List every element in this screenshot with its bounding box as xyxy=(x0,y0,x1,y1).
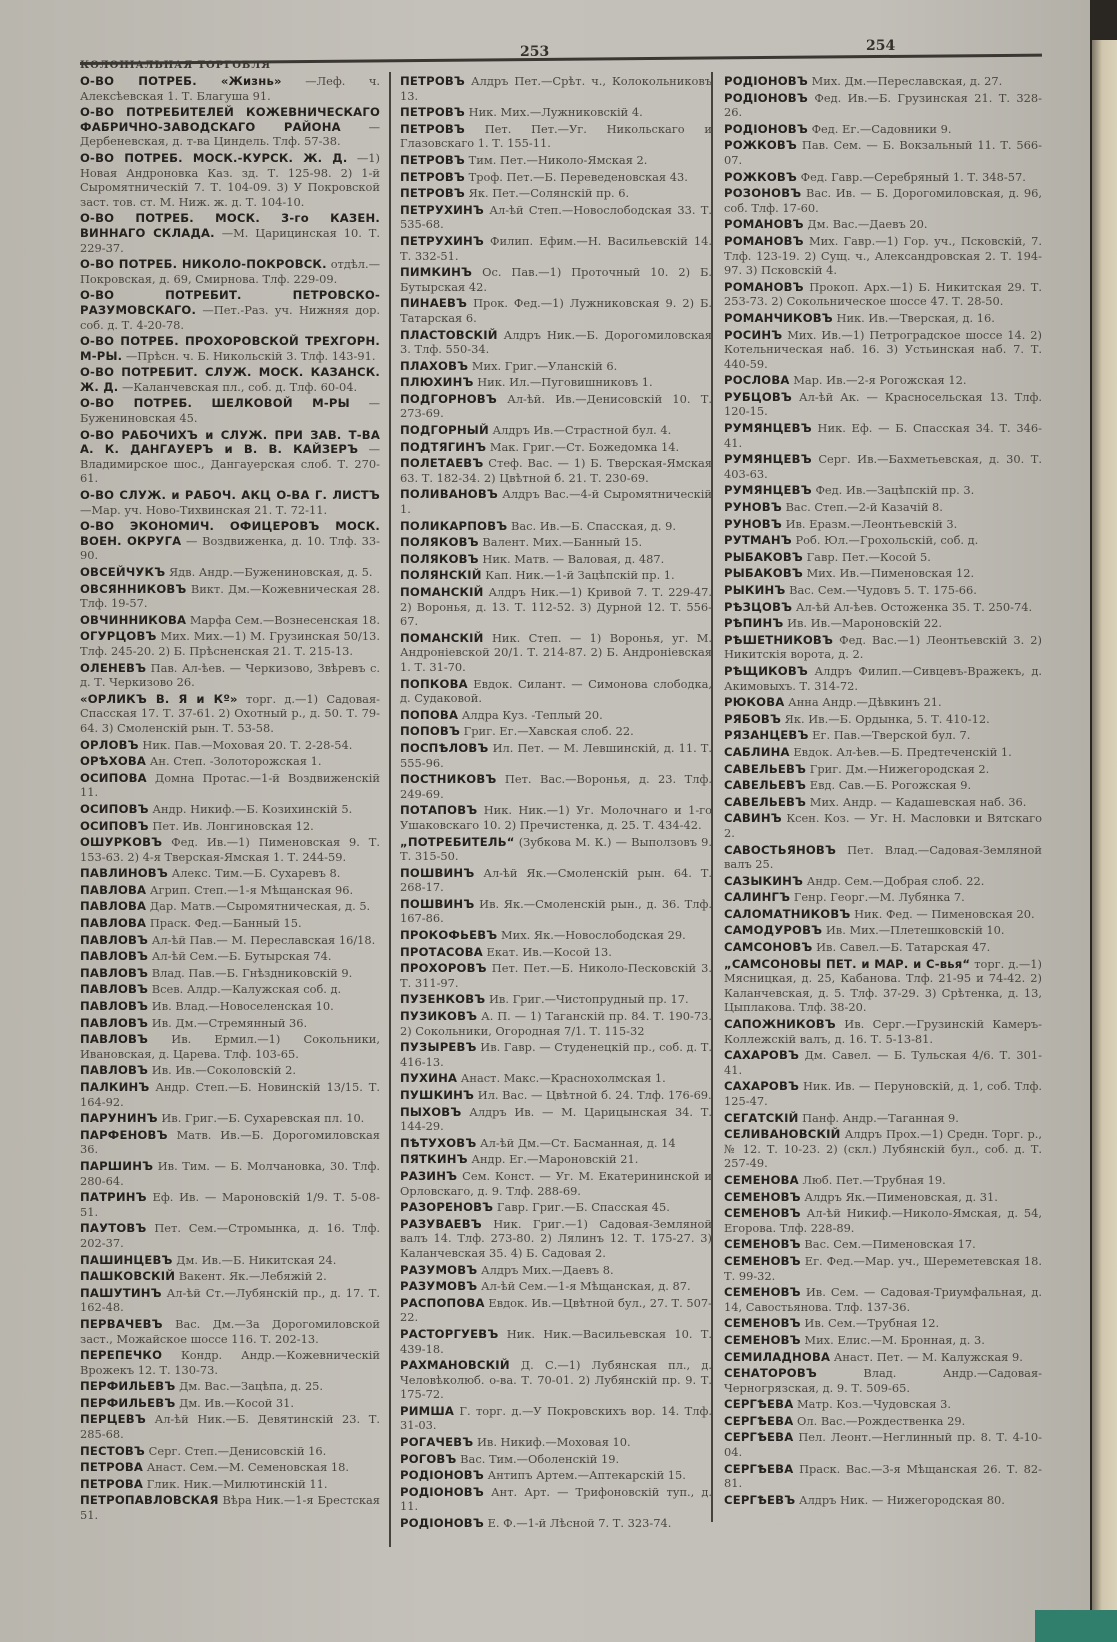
directory-entry: САМСОНОВЪ Ив. Савел.—Б. Татарская 47. xyxy=(724,940,1042,955)
entry-name: ПОШВИНЪ xyxy=(400,866,474,880)
entry-name: РОДIОНОВЪ xyxy=(400,1468,484,1482)
directory-entry: РЫКИНЪ Вас. Сем.—Чудовъ 5. Т. 175-66. xyxy=(724,583,1042,598)
directory-entry: ПАШУТИНЪ Ал-ѣй Ст.—Лубянскій пр., д. 17.… xyxy=(80,1286,380,1315)
directory-entry: РУНОВЪ Ив. Еразм.—Леонтьевскій 3. xyxy=(724,517,1042,532)
entry-details: Ядв. Андр.—Бужениновская, д. 5. xyxy=(169,565,373,579)
directory-entry: ОРЛОВЪ Ник. Пав.—Моховая 20. Т. 2-28-54. xyxy=(80,738,380,753)
entry-details: Марфа Сем.—Вознесенская 18. xyxy=(190,613,380,627)
directory-entry: ПЕТРОВЪ Тим. Пет.—Николо-Ямская 2. xyxy=(400,153,712,168)
directory-entry: СЕРГѢЕВА Матр. Коз.—Чудовская 3. xyxy=(724,1397,1042,1412)
entry-details: Ал-ѣй Ал-ѣев. Остоженка 35. Т. 250-74. xyxy=(796,600,1032,614)
entry-name: ОЛЕНЕВЪ xyxy=(80,661,146,675)
entry-details: Вас. Степ.—2-й Казачій 8. xyxy=(786,500,943,514)
directory-entry: РОМАНОВЪ Дм. Вас.—Даевъ 20. xyxy=(724,217,1042,232)
entry-details: Фед. Ег.—Садовники 9. xyxy=(812,122,952,136)
directory-entry: РУБЦОВЪ Ал-ѣй Ак. — Красносельская 13. Т… xyxy=(724,390,1042,419)
entry-details: Анаст. Пет. — М. Калужская 9. xyxy=(834,1350,1023,1364)
directory-entry: ОСИПОВЪ Андр. Никиф.—Б. Козихинскій 5. xyxy=(80,802,380,817)
entry-details: Мак. Григ.—Ст. Божедомка 14. xyxy=(490,440,679,454)
directory-entry: САХАРОВЪ Ник. Ив. — Перуновскій, д. 1, с… xyxy=(724,1079,1042,1108)
entry-name: РОМАНЧИКОВЪ xyxy=(724,311,833,325)
directory-entry: РОГОВЪ Вас. Тим.—Оболенскій 19. xyxy=(400,1452,712,1467)
entry-name: РОМАНОВЪ xyxy=(724,234,804,248)
directory-entry: ПЕРВАЧЕВЪ Вас. Дм.—За Дорогомиловской за… xyxy=(80,1317,380,1346)
entry-name: ОСИПОВЪ xyxy=(80,819,149,833)
entry-details: Вас. Сем.—Чудовъ 5. Т. 175-66. xyxy=(789,583,977,597)
directory-entry: ПЕТРОВЪ Ник. Мих.—Лужниковскій 4. xyxy=(400,105,712,120)
directory-entry: ПАВЛОВЪ Всев. Алдр.—Калужская соб. д. xyxy=(80,982,380,997)
directory-entry: ПОЛЯКОВЪ Ник. Матв. — Валовая, д. 487. xyxy=(400,552,712,567)
entry-name: «ОРЛИКЪ В. Я и Кº» xyxy=(80,692,238,706)
entry-name: РОДIОНОВЪ xyxy=(400,1485,484,1499)
entry-name: ПУЗЫРЕВЪ xyxy=(400,1040,477,1054)
entry-details: Ив. Мих.—Плетешковскій 10. xyxy=(826,923,1005,937)
entry-details: Дм. Вас.—Зацѣпа, д. 25. xyxy=(179,1379,323,1393)
directory-entry: ПОПКОВА Евдок. Силант. — Симонова слобод… xyxy=(400,677,712,706)
entry-name: ПАВЛОВЪ xyxy=(80,1063,148,1077)
entry-name: ПАВЛОВА xyxy=(80,916,146,930)
entry-details: Ник. Пав.—Моховая 20. Т. 2-28-54. xyxy=(142,738,352,752)
entry-details: Антипъ Артем.—Аптекарскій 15. xyxy=(488,1468,686,1482)
entry-details: Ив. Дм.—Стремянный 36. xyxy=(152,1016,307,1030)
entry-name: РАСТОРГУЕВЪ xyxy=(400,1327,498,1341)
entry-details: Ив. Савел.—Б. Татарская 47. xyxy=(816,940,990,954)
directory-entry: О-ВО СЛУЖ. и РАБОЧ. АКЦ О-ВА Г. ЛИСТЪ —М… xyxy=(80,488,380,517)
entry-details: Дм. Вас.—Даевъ 20. xyxy=(807,217,927,231)
entry-details: Ал-ѣй Сем.—Б. Бутырская 74. xyxy=(152,949,332,963)
entry-name: РАХМАНОВСКIЙ xyxy=(400,1358,510,1372)
entry-name: ПАРФЕНОВЪ xyxy=(80,1128,168,1142)
entry-name: СЕМИЛАДНОВА xyxy=(724,1350,830,1364)
entry-details: Серг. Степ.—Денисовскій 16. xyxy=(149,1444,327,1458)
directory-entry: САМОДУРОВЪ Ив. Мих.—Плетешковскій 10. xyxy=(724,923,1042,938)
table-surface xyxy=(1035,1610,1117,1642)
entry-name: СЕМЕНОВЪ xyxy=(724,1190,801,1204)
book-page-edge xyxy=(1092,40,1117,1642)
directory-entry: „ПОТРЕБИТЕЛЬ“ (Зубкова М. К.) — Выползов… xyxy=(400,835,712,864)
entry-details: Вас. Тим.—Оболенскій 19. xyxy=(460,1452,619,1466)
entry-name: ПЕРФИЛЬЕВЪ xyxy=(80,1379,175,1393)
directory-entry: ПОМАНСКIЙ Ник. Степ. — 1) Воронья, уг. М… xyxy=(400,631,712,675)
entry-name: ПАВЛОВЪ xyxy=(80,933,148,947)
directory-entry: РАЗОРЕНОВЪ Гавр. Григ.—Б. Спасская 45. xyxy=(400,1200,712,1215)
entry-name: ПОМАНСКIЙ xyxy=(400,585,484,599)
directory-entry: О-ВО ПОТРЕБ. «Жизнь» —Леф. ч. Алексѣевск… xyxy=(80,74,380,103)
entry-name: САВЕЛЬЕВЪ xyxy=(724,762,806,776)
directory-entry: ПОДГОРНЫЙ Алдръ Ив.—Страстной бул. 4. xyxy=(400,423,712,438)
directory-entry: ПОЛИВАНОВЪ Алдръ Вас.—4-й Сыромятническі… xyxy=(400,487,712,516)
page-number-right: 254 xyxy=(866,38,895,54)
entry-name: СЕНАТОРОВЪ xyxy=(724,1366,817,1380)
entry-name: РОГАЧЕВЪ xyxy=(400,1435,473,1449)
directory-entry: РИМША Г. торг. д.—У Покровскихъ вор. 14.… xyxy=(400,1404,712,1433)
entry-name: РОМАНОВЪ xyxy=(724,217,804,231)
directory-entry: ПАВЛОВЪ Ив. Дм.—Стремянный 36. xyxy=(80,1016,380,1031)
entry-name: РОДIОНОВЪ xyxy=(724,91,808,105)
entry-name: О-ВО ПОТРЕБ. МОСК.-КУРСК. Ж. Д. xyxy=(80,151,347,165)
directory-entry: ПИМКИНЪ Ос. Пав.—1) Проточный 10. 2) Б. … xyxy=(400,265,712,294)
directory-entry: ПЯТКИНЪ Андр. Ег.—Мароновскій 21. xyxy=(400,1152,712,1167)
entry-name: ПОТАПОВЪ xyxy=(400,803,477,817)
entry-name: О-ВО РАБОЧИХЪ и СЛУЖ. ПРИ ЗАВ. Т-ВА А. К… xyxy=(80,428,380,457)
entry-name: ПОМАНСКIЙ xyxy=(400,631,484,645)
directory-entry: СЕРГѢЕВА Ол. Вас.—Рождественка 29. xyxy=(724,1414,1042,1429)
entry-details: Валент. Мих.—Банный 15. xyxy=(482,535,642,549)
entry-name: САХАРОВЪ xyxy=(724,1079,799,1093)
directory-entry: СЕРГѢЕВЪ Алдръ Ник. — Нижегородская 80. xyxy=(724,1493,1042,1508)
directory-entry: ПАВЛОВА Дар. Матв.—Сыромятническая, д. 5… xyxy=(80,899,380,914)
directory-entry: ПАРУНИНЪ Ив. Григ.—Б. Сухаревская пл. 10… xyxy=(80,1111,380,1126)
entry-name: ПЕРВАЧЕВЪ xyxy=(80,1317,163,1331)
directory-entry: САХАРОВЪ Дм. Савел. — Б. Тульская 4/6. Т… xyxy=(724,1048,1042,1077)
entry-name: ПУХИНА xyxy=(400,1071,457,1085)
entry-name: СЕМЕНОВЪ xyxy=(724,1237,801,1251)
directory-entry: ПЕРЦЕВЪ Ал-ѣй Ник.—Б. Девятинскій 23. Т.… xyxy=(80,1412,380,1441)
directory-entry: ПУШКИНЪ Ил. Вас. — Цвѣтной б. 24. Тлф. 1… xyxy=(400,1088,712,1103)
entry-name: ПЕТРОВЪ xyxy=(400,153,465,167)
entry-name: ПОЛЯНСКIЙ xyxy=(400,568,482,582)
directory-entry: РѢЩИКОВЪ Алдръ Филип.—Сивцевъ-Вражекъ, д… xyxy=(724,664,1042,693)
directory-entry: О-ВО ПОТРЕБ. ПРОХОРОВСКОЙ ТРЕХГОРН. М-РЫ… xyxy=(80,334,380,363)
entry-name: САПОЖНИКОВЪ xyxy=(724,1017,836,1031)
directory-entry: ПАТРИНЪ Еф. Ив. — Мароновскій 1/9. Т. 5-… xyxy=(80,1190,380,1219)
directory-entry: ПАВЛОВЪ Ив. Влад.—Новоселенская 10. xyxy=(80,999,380,1014)
directory-entry: РЮКОВА Анна Андр.—Дѣвкинъ 21. xyxy=(724,695,1042,710)
directory-entry: ПРОКОФЬЕВЪ Мих. Як.—Новослободская 29. xyxy=(400,928,712,943)
entry-name: О-ВО ПОТРЕБ. ШЕЛКОВОЙ М-РЫ xyxy=(80,396,350,410)
directory-entry: ОВСЕЙЧУКЪ Ядв. Андр.—Бужениновская, д. 5… xyxy=(80,565,380,580)
entry-name: ПАШИНЦЕВЪ xyxy=(80,1253,173,1267)
directory-entry: РУНОВЪ Вас. Степ.—2-й Казачій 8. xyxy=(724,500,1042,515)
entry-details: Тим. Пет.—Николо-Ямская 2. xyxy=(469,153,648,167)
directory-entry: О-ВО ПОТРЕБ. МОСК.-КУРСК. Ж. Д. —1) Нова… xyxy=(80,151,380,209)
entry-details: Ив. Григ.—Б. Сухаревская пл. 10. xyxy=(161,1111,364,1125)
directory-entry: ПАРФЕНОВЪ Матв. Ив.—Б. Дорогомиловская 3… xyxy=(80,1128,380,1157)
directory-entry: САЛИНГЪ Генр. Георг.—М. Лубянка 7. xyxy=(724,890,1042,905)
entry-name: ПОПКОВА xyxy=(400,677,468,691)
entry-details: Алдръ Ив.—Страстной бул. 4. xyxy=(492,423,671,437)
entry-name: РОДIОНОВЪ xyxy=(400,1516,484,1530)
directory-entry: РУМЯНЦЕВЪ Ник. Еф. — Б. Спасская 34. Т. … xyxy=(724,421,1042,450)
directory-entry: ПАУТОВЪ Пет. Сем.—Стромынка, д. 16. Тлф.… xyxy=(80,1221,380,1250)
entry-name: РОДIОНОВЪ xyxy=(724,122,808,136)
entry-name: РУМЯНЦЕВЪ xyxy=(724,421,812,435)
directory-entry: САЛОМАТНИКОВЪ Ник. Фед. — Пименовская 20… xyxy=(724,907,1042,922)
directory-entry: ПОШВИНЪ Ал-ѣй Як.—Смоленскій рын. 64. Т.… xyxy=(400,866,712,895)
entry-name: ПЕТРОВЪ xyxy=(400,122,465,136)
directory-entry: ПЕТРОВЪ Як. Пет.—Солянскій пр. 6. xyxy=(400,186,712,201)
entry-details: Гавр. Пет.—Косой 5. xyxy=(807,550,931,564)
entry-details: Ег. Пав.—Тверской бул. 7. xyxy=(812,728,970,742)
directory-entry: ПѢТУХОВЪ Ал-ѣй Дм.—Ст. Басманная, д. 14 xyxy=(400,1136,712,1151)
entry-name: ОРЛОВЪ xyxy=(80,738,139,752)
directory-entry: ПЕСТОВЪ Серг. Степ.—Денисовскій 16. xyxy=(80,1444,380,1459)
entry-name: ПУЗЕНКОВЪ xyxy=(400,992,485,1006)
entry-name: ПЛАХОВЪ xyxy=(400,359,468,373)
entry-name: ПЛАСТОВСКIЙ xyxy=(400,328,498,342)
directory-entry: РЯЗАНЦЕВЪ Ег. Пав.—Тверской бул. 7. xyxy=(724,728,1042,743)
entry-details: Генр. Георг.—М. Лубянка 7. xyxy=(794,890,965,904)
directory-entry: СЕГАТСКIЙ Панф. Андр.—Таганная 9. xyxy=(724,1111,1042,1126)
directory-entry: ОВЧИННИКОВА Марфа Сем.—Вознесенская 18. xyxy=(80,613,380,628)
entry-details: Ник. Мих.—Лужниковскій 4. xyxy=(469,105,643,119)
directory-entry: РОДIОНОВЪ Е. Ф.—1-й Лѣсной 7. Т. 323-74. xyxy=(400,1516,712,1531)
entry-details: Ник. Ил.—Пуговишниковъ 1. xyxy=(477,375,652,389)
entry-name: РѢЗЦОВЪ xyxy=(724,600,792,614)
entry-name: ПОСПѢЛОВЪ xyxy=(400,741,489,755)
entry-name: ПУЗИКОВЪ xyxy=(400,1009,477,1023)
directory-entry: ПАШКОВСКIЙ Вакент. Як.—Лебяжій 2. xyxy=(80,1269,380,1284)
entry-name: ПАВЛОВЪ xyxy=(80,1032,148,1046)
entry-name: САМСОНОВЪ xyxy=(724,940,812,954)
entry-details: Влад. Пав.—Б. Гнѣздниковскій 9. xyxy=(152,966,352,980)
entry-name: ОРѢХОВА xyxy=(80,754,146,768)
entry-name: ОВСЕЙЧУКЪ xyxy=(80,565,165,579)
entry-name: РЫБАКОВЪ xyxy=(724,550,803,564)
entry-name: ПРОКОФЬЕВЪ xyxy=(400,928,497,942)
entry-name: СЕРГѢЕВЪ xyxy=(724,1493,795,1507)
entry-name: ПЕТРУХИНЪ xyxy=(400,203,484,217)
entry-name: РАЗОРЕНОВЪ xyxy=(400,1200,493,1214)
directory-entry: РОСЛОВА Мар. Ив.—2-я Рогожская 12. xyxy=(724,373,1042,388)
entry-name: РАЗУВАЕВЪ xyxy=(400,1217,482,1231)
entry-name: РАСПОПОВА xyxy=(400,1296,485,1310)
directory-entry: СЕМЕНОВЪ Вас. Сем.—Пименовская 17. xyxy=(724,1237,1042,1252)
directory-entry: ПОСПѢЛОВЪ Ил. Пет. — М. Левшинскій, д. 1… xyxy=(400,741,712,770)
entry-name: ПѢТУХОВЪ xyxy=(400,1136,476,1150)
directory-entry: О-ВО ПОТРЕБИТ. ПЕТРОВСКО-РАЗУМОВСКАГО. —… xyxy=(80,288,380,332)
entry-name: РУМЯНЦЕВЪ xyxy=(724,483,812,497)
directory-entry: СЕРГѢЕВА Пел. Леонт.—Неглинный пр. 8. Т.… xyxy=(724,1430,1042,1459)
entry-name: ПОДГОРНЫЙ xyxy=(400,423,489,437)
entry-details: Андр. Никиф.—Б. Козихинскій 5. xyxy=(152,802,352,816)
directory-entry: ПОЛЯНСКIЙ Кап. Ник.—1-й Зацѣпскій пр. 1. xyxy=(400,568,712,583)
entry-name: ПАВЛОВА xyxy=(80,883,146,897)
directory-entry: О-ВО ЭКОНОМИЧ. ОФИЦЕРОВЪ МОСК. ВОЕН. ОКР… xyxy=(80,519,380,563)
directory-entry: РОМАНЧИКОВЪ Ник. Ив.—Тверская, д. 16. xyxy=(724,311,1042,326)
directory-entry: ПОШВИНЪ Ив. Як.—Смоленскій рын., д. 36. … xyxy=(400,897,712,926)
entry-name: ПАРШИНЪ xyxy=(80,1159,153,1173)
directory-entry: О-ВО ПОТРЕБ. ШЕЛКОВОЙ М-РЫ —Бужениновска… xyxy=(80,396,380,425)
entry-details: —Мар. уч. Ново-Тихвинская 21. Т. 72-11. xyxy=(80,503,327,517)
entry-name: СЕМЕНОВЪ xyxy=(724,1285,801,1299)
entry-name: ПЕТРОПАВЛОВСКАЯ xyxy=(80,1493,219,1507)
entry-details: Дм. Ив.—Б. Никитская 24. xyxy=(176,1253,336,1267)
entry-name: ПЕТРОВА xyxy=(80,1460,143,1474)
directory-entry: ПАВЛОВА Агрип. Степ.—1-я Мѣщанская 96. xyxy=(80,883,380,898)
entry-details: Гавр. Григ.—Б. Спасская 45. xyxy=(497,1200,670,1214)
directory-entry: ПАВЛОВЪ Ив. Ив.—Соколовскій 2. xyxy=(80,1063,380,1078)
column-2: ПЕТРОВЪ Алдръ Пет.—Срѣт. ч., Колокольник… xyxy=(400,74,712,1533)
entry-name: ПЕРЦЕВЪ xyxy=(80,1412,146,1426)
entry-name: ОСИПОВА xyxy=(80,771,147,785)
entry-details: Алдръ Як.—Пименовская, д. 31. xyxy=(804,1190,997,1204)
entry-name: САВОСТЬЯНОВЪ xyxy=(724,843,836,857)
entry-name: СЕРГѢЕВА xyxy=(724,1414,793,1428)
entry-name: ПЕТРОВЪ xyxy=(400,170,465,184)
entry-name: САБЛИНА xyxy=(724,745,790,759)
directory-entry: РАХМАНОВСКIЙ Д. С.—1) Лубянская пл., д. … xyxy=(400,1358,712,1402)
entry-details: Кап. Ник.—1-й Зацѣпскій пр. 1. xyxy=(485,568,674,582)
entry-details: Дар. Матв.—Сыромятническая, д. 5. xyxy=(150,899,370,913)
directory-entry: ПАВЛОВЪ Влад. Пав.—Б. Гнѣздниковскій 9. xyxy=(80,966,380,981)
entry-name: РОЖКОВЪ xyxy=(724,138,797,152)
entry-name: РАЗУМОВЪ xyxy=(400,1279,477,1293)
directory-entry: ПЕТРОВА Анаст. Сем.—М. Семеновская 18. xyxy=(80,1460,380,1475)
entry-name: РОСИНЪ xyxy=(724,328,782,342)
entry-name: СЕМЕНОВЪ xyxy=(724,1333,801,1347)
entry-name: „САМСОНОВЫ ПЕТ. и МАР. и С-вья“ xyxy=(724,957,970,971)
entry-name: СЕЛИВАНОВСКIЙ xyxy=(724,1127,841,1141)
directory-entry: СЕЛИВАНОВСКIЙ Алдръ Прох.—1) Средн. Торг… xyxy=(724,1127,1042,1171)
entry-name: САЗЫКИНЪ xyxy=(724,874,803,888)
entry-name: ПОПОВЪ xyxy=(400,724,460,738)
entry-details: Мих. Ив.—Пименовская 12. xyxy=(807,566,974,580)
entry-details: Алекс. Тим.—Б. Сухаревъ 8. xyxy=(172,866,341,880)
entry-details: Ив. Влад.—Новоселенская 10. xyxy=(152,999,334,1013)
entry-name: СЕГАТСКIЙ xyxy=(724,1111,799,1125)
entry-name: ПАЛКИНЪ xyxy=(80,1080,149,1094)
entry-name: СЕМЕНОВА xyxy=(724,1173,799,1187)
directory-entry: РОГАЧЕВЪ Ив. Никиф.—Моховая 10. xyxy=(400,1435,712,1450)
entry-name: ПАВЛОВЪ xyxy=(80,949,148,963)
entry-name: РОМАНОВЪ xyxy=(724,280,804,294)
directory-entry: РОЖКОВЪ Пав. Сем. — Б. Вокзальный 11. Т.… xyxy=(724,138,1042,167)
directory-entry: ПЕТРОВЪ Троф. Пет.—Б. Переведеновская 43… xyxy=(400,170,712,185)
directory-entry: ПЕТРОВА Глик. Ник.—Милютинскій 11. xyxy=(80,1477,380,1492)
entry-name: САВЕЛЬЕВЪ xyxy=(724,795,806,809)
entry-name: РОЖКОВЪ xyxy=(724,170,797,184)
entry-name: ПОДТЯГИНЪ xyxy=(400,440,486,454)
entry-name: ПЛЮХИНЪ xyxy=(400,375,474,389)
entry-name: ПЕТРОВА xyxy=(80,1477,143,1491)
entry-name: РУМЯНЦЕВЪ xyxy=(724,452,812,466)
entry-name: ПЕТРОВЪ xyxy=(400,186,465,200)
entry-name: ПЕТРОВЪ xyxy=(400,74,465,88)
entry-details: Мих. Андр. — Кадашевская наб. 36. xyxy=(810,795,1027,809)
directory-entry: РОДIОНОВЪ Антипъ Артем.—Аптекарскій 15. xyxy=(400,1468,712,1483)
directory-entry: ПОПОВЪ Григ. Ег.—Хавская слоб. 22. xyxy=(400,724,712,739)
directory-entry: ПРОХОРОВЪ Пет. Пет.—Б. Николо-Песковскій… xyxy=(400,961,712,990)
entry-details: Е. Ф.—1-й Лѣсной 7. Т. 323-74. xyxy=(488,1516,672,1530)
entry-name: РЯЗАНЦЕВЪ xyxy=(724,728,809,742)
entry-details: Ив. Ив.—Мароновскій 22. xyxy=(787,616,942,630)
entry-name: ПАШКОВСКIЙ xyxy=(80,1269,175,1283)
entry-name: РОЗОНОВЪ xyxy=(724,186,801,200)
entry-details: Евд. Сав.—Б. Рогожская 9. xyxy=(810,778,971,792)
directory-entry: ПАРШИНЪ Ив. Тим. — Б. Молчановка, 30. Тл… xyxy=(80,1159,380,1188)
directory-entry: СЕМИЛАДНОВА Анаст. Пет. — М. Калужская 9… xyxy=(724,1350,1042,1365)
entry-name: САВЕЛЬЕВЪ xyxy=(724,778,806,792)
entry-details: —Прѣсн. ч. Б. Никольскій 3. Тлф. 143-91. xyxy=(126,349,376,363)
entry-name: РУТМАНЪ xyxy=(724,533,792,547)
entry-name: СЕМЕНОВЪ xyxy=(724,1206,801,1220)
directory-entry: ПАВЛИНОВЪ Алекс. Тим.—Б. Сухаревъ 8. xyxy=(80,866,380,881)
directory-entry: РОСИНЪ Мих. Ив.—1) Петроградское шоссе 1… xyxy=(724,328,1042,372)
directory-entry: РОДIОНОВЪ Ант. Арт. — Трифоновскій туп.,… xyxy=(400,1485,712,1514)
directory-entry: ПЕТРОПАВЛОВСКАЯ Вѣра Ник.—1-я Брестская … xyxy=(80,1493,380,1522)
entry-name: РѢПИНЪ xyxy=(724,616,783,630)
entry-name: О-ВО ПОТРЕБ. «Жизнь» xyxy=(80,74,282,88)
directory-entry: РОМАНОВЪ Прокоп. Арх.—1) Б. Никитская 29… xyxy=(724,280,1042,309)
entry-name: ПИНАЕВЪ xyxy=(400,296,467,310)
entry-name: ПРОХОРОВЪ xyxy=(400,961,487,975)
entry-details: Роб. Юл.—Грохольскій, соб. д. xyxy=(795,533,978,547)
entry-name: ОВСЯННИКОВЪ xyxy=(80,582,187,596)
directory-entry: ПЛАСТОВСКIЙ Алдръ Ник.—Б. Дорогомиловска… xyxy=(400,328,712,357)
directory-entry: СЕМЕНОВЪ Ив. Сем.—Трубная 12. xyxy=(724,1316,1042,1331)
directory-entry: ОВСЯННИКОВЪ Викт. Дм.—Кожевническая 28. … xyxy=(80,582,380,611)
entry-name: СЕМЕНОВЪ xyxy=(724,1316,801,1330)
directory-entry: РЯБОВЪ Як. Ив.—Б. Ордынка, 5. Т. 410-12. xyxy=(724,712,1042,727)
entry-name: САХАРОВЪ xyxy=(724,1048,799,1062)
entry-details: Мих. Елис.—М. Бронная, д. 3. xyxy=(804,1333,984,1347)
entry-details: Григ. Дм.—Нижегородская 2. xyxy=(810,762,989,776)
entry-name: РЫБАКОВЪ xyxy=(724,566,803,580)
directory-entry: ОГУРЦОВЪ Мих. Мих.—1) М. Грузинская 50/1… xyxy=(80,629,380,658)
entry-name: ПОЛЯКОВЪ xyxy=(400,552,479,566)
entry-name: РИМША xyxy=(400,1404,454,1418)
entry-name: ОГУРЦОВЪ xyxy=(80,629,157,643)
entry-name: ПАВЛОВА xyxy=(80,899,146,913)
entry-name: САЛОМАТНИКОВЪ xyxy=(724,907,850,921)
entry-details: Ив. Ив.—Соколовскій 2. xyxy=(152,1063,296,1077)
directory-entry: О-ВО ПОТРЕБ. МОСК. 3-го КАЗЕН. ВИННАГО С… xyxy=(80,211,380,255)
directory-entry: САВЕЛЬЕВЪ Григ. Дм.—Нижегородская 2. xyxy=(724,762,1042,777)
entry-name: РАЗУМОВЪ xyxy=(400,1263,477,1277)
entry-name: О-ВО ПОТРЕБИТЕЛЕЙ КОЖЕВНИЧЕСКАГО ФАБРИЧН… xyxy=(80,105,380,134)
entry-name: РОСЛОВА xyxy=(724,373,790,387)
directory-entry: ПЕТРУХИНЪ Ал-ѣй Степ.—Новослободская 33.… xyxy=(400,203,712,232)
entry-details: Ник. Ив.—Тверская, д. 16. xyxy=(837,311,995,325)
directory-entry: САВЕЛЬЕВЪ Мих. Андр. — Кадашевская наб. … xyxy=(724,795,1042,810)
entry-details: Глик. Ник.—Милютинскій 11. xyxy=(147,1477,328,1491)
directory-entry: РАЗУМОВЪ Ал-ѣй Сем.—1-я Мѣщанская, д. 87… xyxy=(400,1279,712,1294)
directory-entry: ПАВЛОВА Праск. Фед.—Банный 15. xyxy=(80,916,380,931)
directory-entry: РАЗУВАЕВЪ Ник. Григ.—1) Садовая-Земляной… xyxy=(400,1217,712,1261)
entry-name: ПОДГОРНОВЪ xyxy=(400,392,497,406)
entry-name: РОДIОНОВЪ xyxy=(724,74,808,88)
directory-entry: ПОЛЯКОВЪ Валент. Мих.—Банный 15. xyxy=(400,535,712,550)
directory-entry: „САМСОНОВЫ ПЕТ. и МАР. и С-вья“ торг. д.… xyxy=(724,957,1042,1015)
column-1: О-ВО ПОТРЕБ. «Жизнь» —Леф. ч. Алексѣевск… xyxy=(80,74,380,1525)
entry-details: Мих. Дм.—Переславская, д. 27. xyxy=(812,74,1003,88)
directory-entry: ОШУРКОВЪ Фед. Ив.—1) Пименовская 9. Т. 1… xyxy=(80,835,380,864)
directory-entry: РУМЯНЦЕВЪ Серг. Ив.—Бахметьевская, д. 30… xyxy=(724,452,1042,481)
entry-details: Як. Ив.—Б. Ордынка, 5. Т. 410-12. xyxy=(785,712,990,726)
entry-name: ПЕТРУХИНЪ xyxy=(400,234,484,248)
directory-entry: ПЕРФИЛЬЕВЪ Дм. Ив.—Косой 31. xyxy=(80,1396,380,1411)
entry-name: ПИМКИНЪ xyxy=(400,265,472,279)
entry-details: Алдръ Мих.—Даевъ 8. xyxy=(481,1263,614,1277)
directory-entry: ОСИПОВЪ Пет. Ив. Лонгиновская 12. xyxy=(80,819,380,834)
entry-details: Анаст. Макс.—Краснохолмская 1. xyxy=(461,1071,666,1085)
directory-entry: ПОСТНИКОВЪ Пет. Вас.—Воронья, д. 23. Тлф… xyxy=(400,772,712,801)
entry-name: СЕМЕНОВЪ xyxy=(724,1254,801,1268)
entry-name: РЯБОВЪ xyxy=(724,712,781,726)
entry-details: Алдра Куз. -Теплый 20. xyxy=(462,708,603,722)
directory-entry: ПЕТРОВЪ Алдръ Пет.—Срѣт. ч., Колокольник… xyxy=(400,74,712,103)
entry-details: Ник. Фед. — Пименовская 20. xyxy=(854,907,1035,921)
directory-entry: ПОДТЯГИНЪ Мак. Григ.—Ст. Божедомка 14. xyxy=(400,440,712,455)
directory-entry: РАЗУМОВЪ Алдръ Мих.—Даевъ 8. xyxy=(400,1263,712,1278)
entry-name: О-ВО ПОТРЕБ. НИКОЛО-ПОКРОВСК. xyxy=(80,257,327,271)
entry-name: СЕРГѢЕВА xyxy=(724,1462,793,1476)
entry-name: ПАВЛОВЪ xyxy=(80,999,148,1013)
entry-name: ПАВЛОВЪ xyxy=(80,982,148,996)
directory-entry: ПОМАНСКIЙ Алдръ Ник.—1) Кривой 7. Т. 229… xyxy=(400,585,712,629)
entry-details: Люб. Пет.—Трубная 19. xyxy=(802,1173,945,1187)
